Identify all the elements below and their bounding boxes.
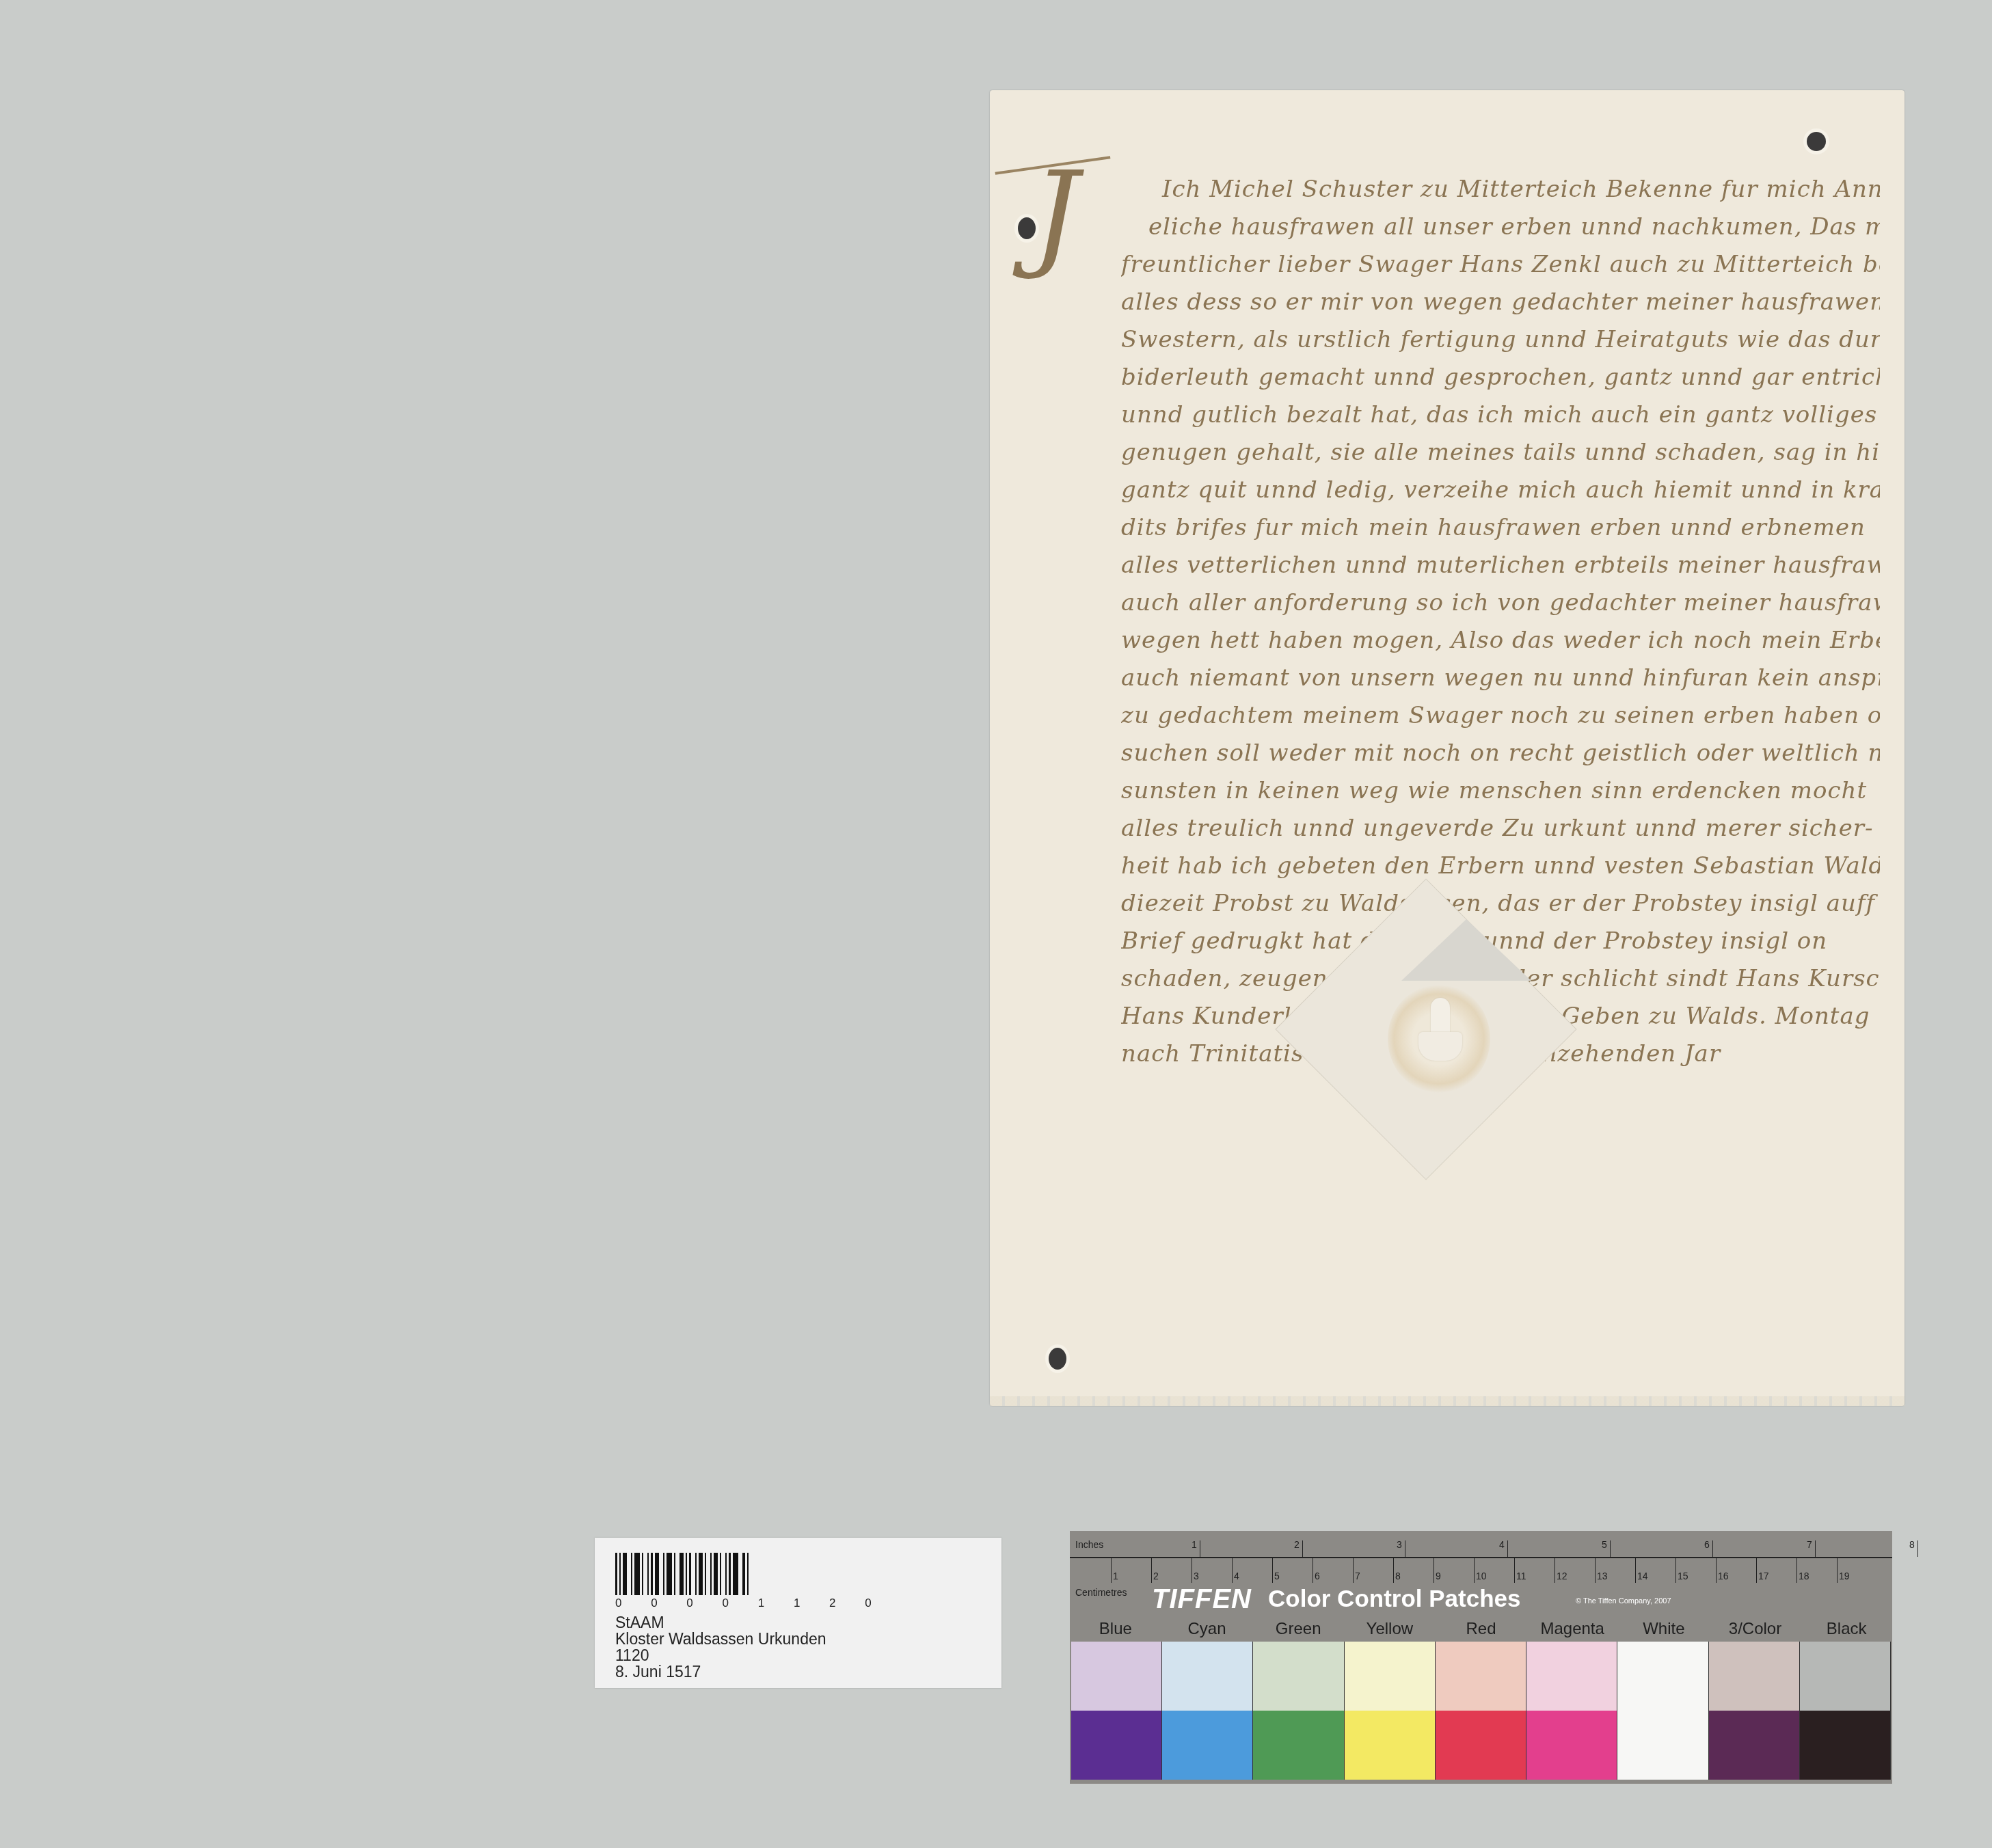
color-patches — [1071, 1642, 1891, 1780]
patch-dark-green — [1253, 1711, 1344, 1780]
initial-letter: J — [1032, 157, 1079, 273]
patch-dark-black — [1800, 1711, 1891, 1780]
copyright: © The Tiffen Company, 2007 — [1576, 1597, 1671, 1605]
text-line: zu gedachtem meinem Swager noch zu seine… — [1121, 697, 1880, 735]
text-line: biderleuth gemacht unnd gesprochen, gant… — [1121, 359, 1880, 396]
text-line: diezeit Probst zu Waldsassen, das er der… — [1121, 885, 1880, 923]
patch-label: 3/Color — [1710, 1620, 1801, 1639]
patch-dark-blue — [1071, 1711, 1162, 1780]
patch-light-magenta — [1526, 1642, 1617, 1711]
patch-light-3/color — [1709, 1642, 1800, 1711]
patch-light-green — [1253, 1642, 1344, 1711]
patch-dark-3/color — [1709, 1711, 1800, 1780]
tiffen-logo: TIFFEN — [1152, 1584, 1252, 1615]
patch-label: Blue — [1070, 1620, 1161, 1639]
text-line: auch aller anforderung so ich von gedach… — [1121, 584, 1880, 622]
seal-figure — [1431, 998, 1450, 1035]
label-date: 8. Juni 1517 — [615, 1663, 826, 1680]
text-line: Ich Michel Schuster zu Mitterteich Beken… — [1121, 171, 1880, 208]
seal-figure-base — [1418, 1032, 1462, 1061]
text-line: alles treulich unnd ungeverde Zu urkunt … — [1121, 810, 1880, 847]
color-control-card: 1234567812345678910111213141516171819 In… — [1070, 1531, 1892, 1784]
patch-dark-white — [1617, 1711, 1708, 1780]
label-number: 1120 — [615, 1647, 826, 1663]
text-line: unnd gutlich bezalt hat, das ich mich au… — [1121, 396, 1880, 434]
barcode-number: 0 0 0 0 1 1 2 0 — [615, 1596, 885, 1610]
text-line: freuntlicher lieber Swager Hans Zenkl au… — [1121, 246, 1880, 284]
inches-label: Inches — [1075, 1539, 1103, 1550]
patch-light-yellow — [1345, 1642, 1436, 1711]
archive-label: 0 0 0 0 1 1 2 0 StAAM Kloster Waldsassen… — [595, 1538, 1001, 1688]
text-line: Swestern, als urstlich fertigung unnd He… — [1121, 321, 1880, 359]
patch-label: Magenta — [1526, 1620, 1618, 1639]
text-line: gantz quit unnd ledig, verzeihe mich auc… — [1121, 472, 1880, 509]
text-line: eliche hausfrawen all unser erben unnd n… — [1121, 208, 1880, 246]
text-line: sunsten in keinen weg wie menschen sinn … — [1121, 772, 1880, 810]
patch-dark-red — [1436, 1711, 1526, 1780]
text-line: alles dess so er mir von wegen gedachter… — [1121, 284, 1880, 321]
text-line: auch niemant von unsern wegen nu unnd hi… — [1121, 660, 1880, 697]
centimetres-label: Centimetres — [1075, 1587, 1127, 1598]
punch-hole — [1049, 1348, 1066, 1370]
patch-label: Black — [1801, 1620, 1892, 1639]
punch-hole — [1807, 132, 1826, 151]
text-line: dits brifes fur mich mein hausfrawen erb… — [1121, 509, 1880, 547]
patch-label: White — [1618, 1620, 1710, 1639]
text-line: wegen hett haben mogen, Also das weder i… — [1121, 622, 1880, 660]
label-text: StAAM Kloster Waldsassen Urkunden 1120 8… — [615, 1614, 826, 1680]
patch-light-cyan — [1162, 1642, 1253, 1711]
patch-names: BlueCyanGreenYellowRedMagentaWhite3/Colo… — [1070, 1620, 1892, 1639]
patch-dark-magenta — [1526, 1711, 1617, 1780]
patch-label: Cyan — [1161, 1620, 1253, 1639]
card-title: Color Control Patches — [1268, 1586, 1520, 1613]
patch-light-red — [1436, 1642, 1526, 1711]
barcode — [615, 1553, 751, 1595]
label-archive: StAAM — [615, 1614, 826, 1631]
text-line: alles vetterlichen unnd muterlichen erbt… — [1121, 547, 1880, 584]
text-line: suchen soll weder mit noch on recht geis… — [1121, 735, 1880, 772]
patch-label: Red — [1436, 1620, 1527, 1639]
text-line: genugen gehalt, sie alle meines tails un… — [1121, 434, 1880, 472]
text-line: heit hab ich gebeten den Erbern unnd ves… — [1121, 847, 1880, 885]
handwritten-text: Ich Michel Schuster zu Mitterteich Beken… — [1121, 171, 1880, 1073]
patch-light-blue — [1071, 1642, 1162, 1711]
patch-light-white — [1617, 1642, 1708, 1711]
patch-dark-yellow — [1345, 1711, 1436, 1780]
patch-light-black — [1800, 1642, 1891, 1711]
label-collection: Kloster Waldsassen Urkunden — [615, 1631, 826, 1647]
patch-label: Green — [1252, 1620, 1344, 1639]
patch-dark-cyan — [1162, 1711, 1253, 1780]
ruler: 1234567812345678910111213141516171819 — [1070, 1540, 1892, 1588]
patch-label: Yellow — [1344, 1620, 1436, 1639]
